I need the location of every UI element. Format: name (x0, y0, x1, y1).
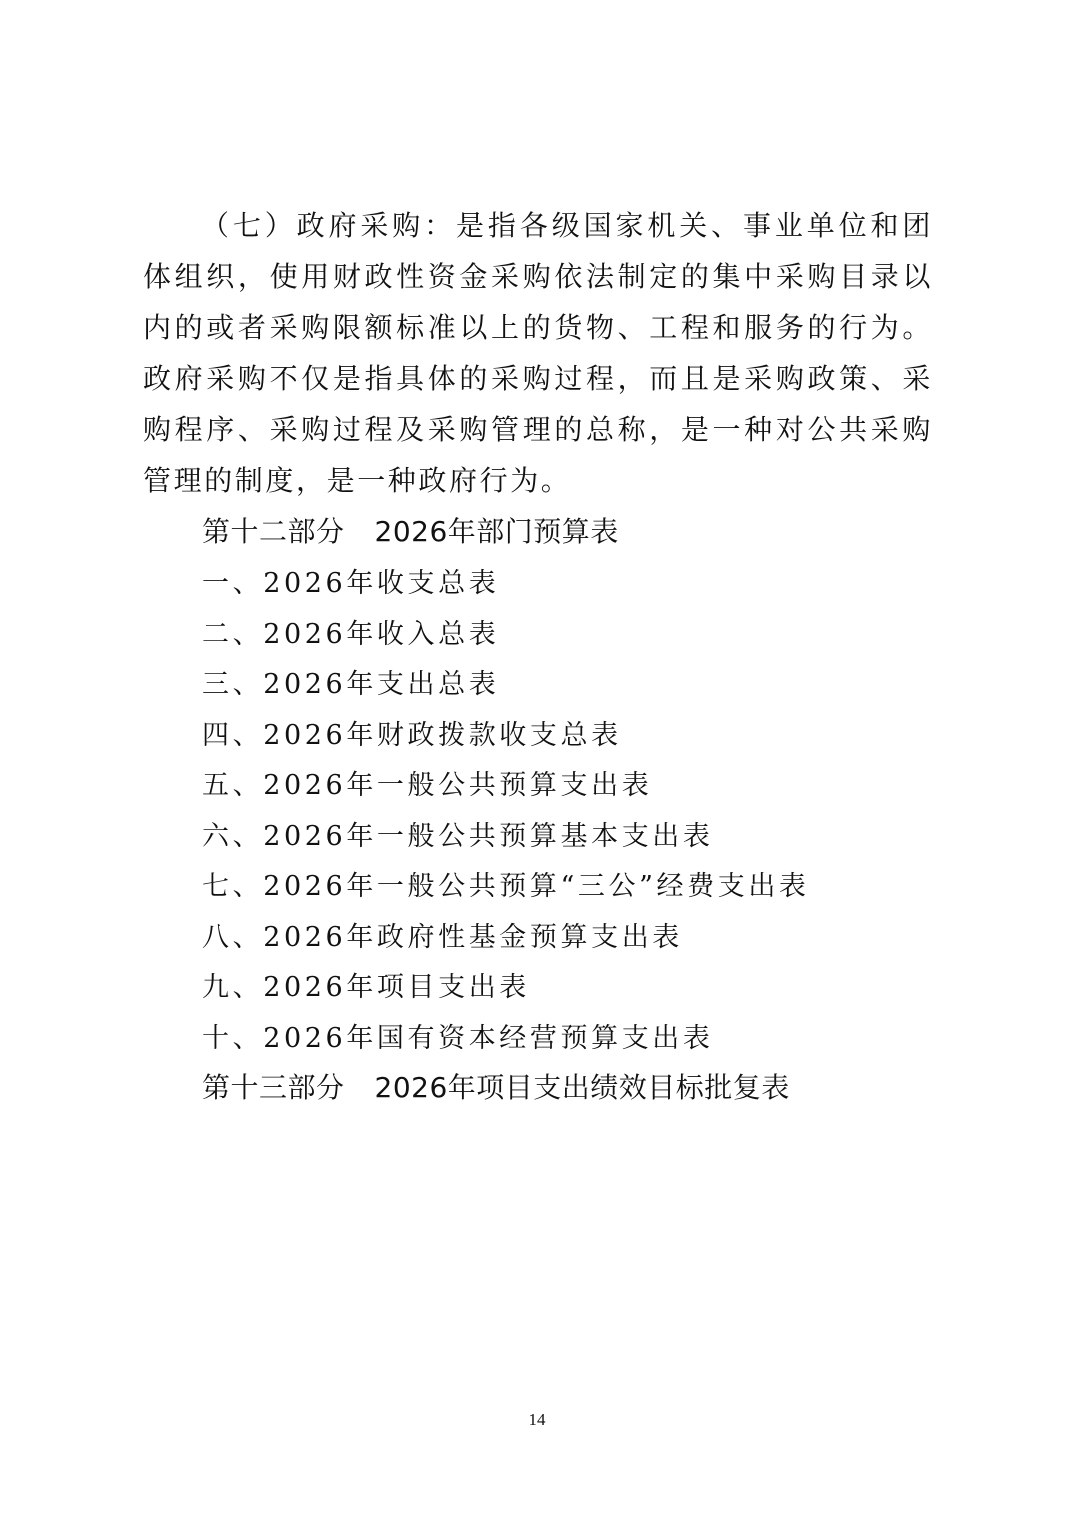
toc-item-2: 二、2026年收入总表 (202, 612, 499, 651)
toc-item-4: 四、2026年财政拨款收支总表 (202, 713, 622, 752)
toc-item-1: 一、2026年收支总表 (202, 561, 499, 600)
page-number: 14 (0, 1410, 1074, 1430)
section-13-title: 2026年项目支出绩效目标批复表 (375, 1071, 790, 1104)
toc-item-9: 九、2026年项目支出表 (202, 965, 530, 1004)
toc-item-10: 十、2026年国有资本经营预算支出表 (202, 1016, 714, 1055)
section-13-heading: 第十三部分2026年项目支出绩效目标批复表 (202, 1066, 790, 1106)
toc-item-6: 六、2026年一般公共预算基本支出表 (202, 814, 714, 853)
government-procurement-paragraph: （七）政府采购：是指各级国家机关、事业单位和团体组织，使用财政性资金采购依法制定… (143, 200, 933, 506)
section-12-heading: 第十二部分2026年部门预算表 (202, 510, 619, 550)
toc-item-8: 八、2026年政府性基金预算支出表 (202, 915, 683, 954)
section-13-label: 第十三部分 (202, 1071, 345, 1104)
section-12-title: 2026年部门预算表 (375, 515, 619, 548)
toc-item-5: 五、2026年一般公共预算支出表 (202, 763, 652, 802)
toc-item-7: 七、2026年一般公共预算“三公”经费支出表 (202, 864, 810, 903)
section-12-label: 第十二部分 (202, 515, 345, 548)
document-page: （七）政府采购：是指各级国家机关、事业单位和团体组织，使用财政性资金采购依法制定… (0, 0, 1074, 1520)
toc-item-3: 三、2026年支出总表 (202, 662, 499, 701)
